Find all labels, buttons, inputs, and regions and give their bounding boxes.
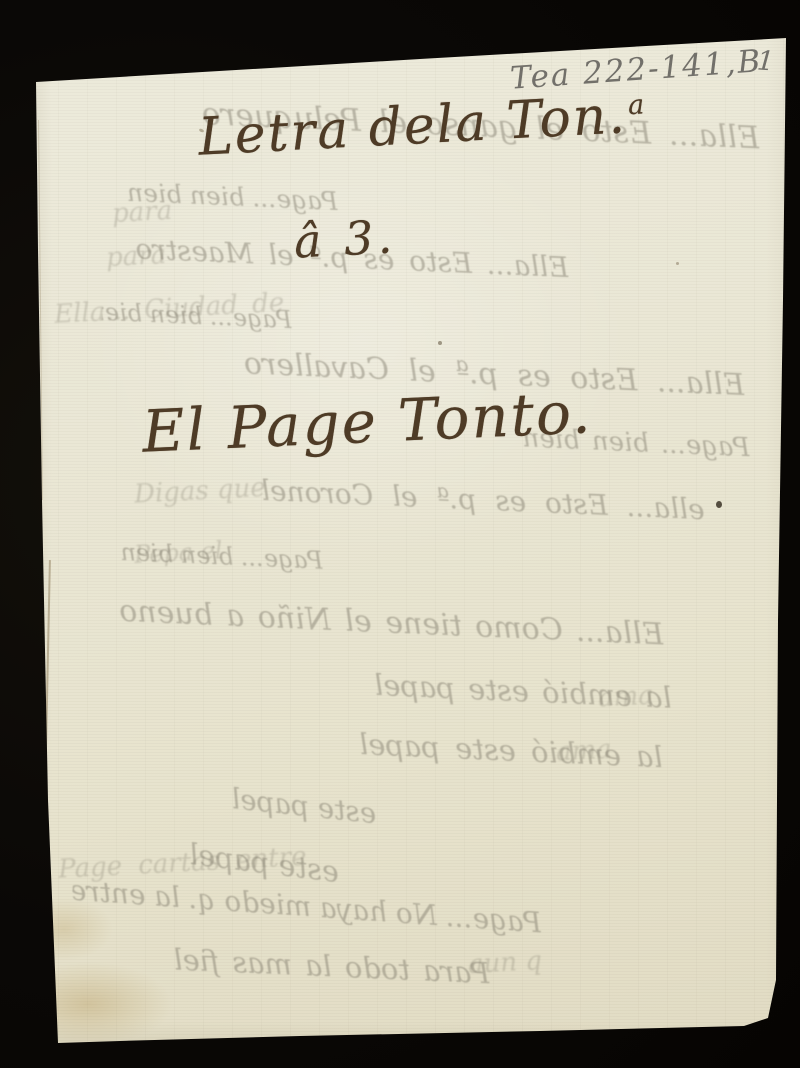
- ink-speck: [438, 341, 442, 345]
- voices-line: â 3.: [293, 209, 398, 268]
- folio-number: 1: [756, 45, 775, 77]
- manuscript-page: Ella... Esto el ganso el Peluquero Page.…: [0, 0, 800, 1068]
- heading-superscript: a: [627, 89, 647, 121]
- showthrough-line: para: [105, 237, 221, 273]
- showthrough-line: aun q: [467, 944, 578, 980]
- ink-speck: [676, 262, 679, 265]
- showthrough-line: ama: [597, 679, 688, 714]
- showthrough-line: para: [111, 193, 222, 229]
- ink-speck: [716, 501, 722, 508]
- photo-backdrop: { "document": { "shelfmark": "Tea 222-14…: [0, 0, 800, 1068]
- showthrough-line: ama: [555, 733, 646, 768]
